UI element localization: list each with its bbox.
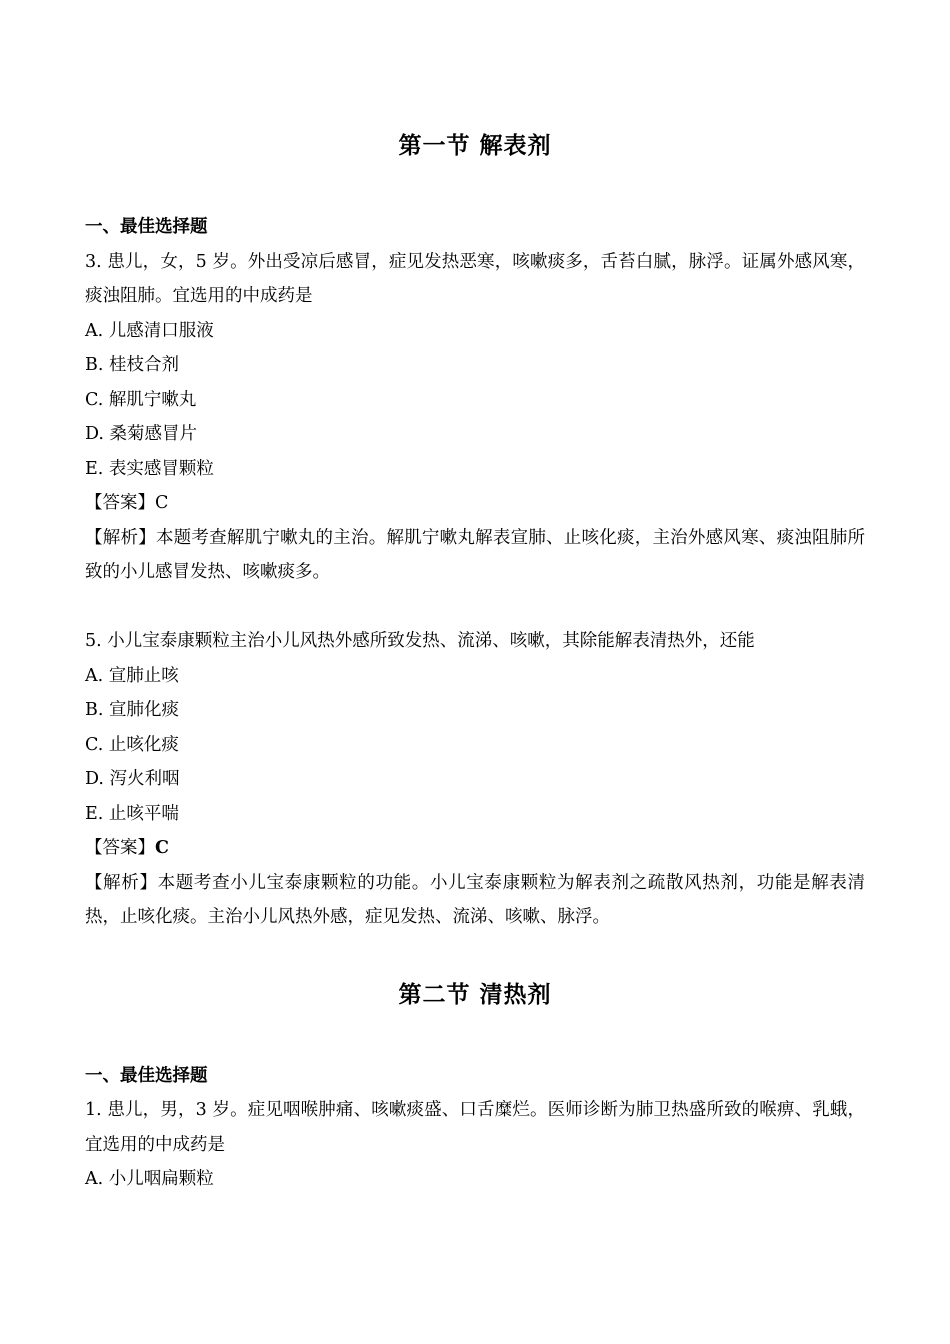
question-5-option-c: C. 止咳化痰 [85,728,865,763]
question-3-option-b: B. 桂枝合剂 [85,348,865,383]
analysis-text: 本题考查解肌宁嗽丸的主治。解肌宁嗽丸解表宣肺、止咳化痰，主治外感风寒、痰浊阻肺所… [85,528,865,583]
question-3-answer-line: 【答案】C [85,486,865,521]
question-5-analysis: 【解析】本题考查小儿宝泰康颗粒的功能。小儿宝泰康颗粒为解表剂之疏散风热剂，功能是… [85,866,865,935]
question-5-stem: 5. 小儿宝泰康颗粒主治小儿风热外感所致发热、流涕、咳嗽，其除能解表清热外，还能 [85,624,865,659]
question-5-answer-line: 【答案】C [85,831,865,866]
question-5-option-e: E. 止咳平喘 [85,797,865,832]
question-1-stem: 1. 患儿，男，3 岁。症见咽喉肿痛、咳嗽痰盛、口舌糜烂。医师诊断为肺卫热盛所致… [85,1093,865,1162]
section-1-title: 第一节 解表剂 [85,130,865,162]
answer-label: 【答案】 [85,493,155,513]
question-3-option-e: E. 表实感冒颗粒 [85,452,865,487]
question-3-option-d: D. 桑菊感冒片 [85,417,865,452]
section-1-subsection-heading: 一、最佳选择题 [85,210,865,245]
analysis-label: 【解析】 [85,873,158,893]
question-3-stem: 3. 患儿，女，5 岁。外出受凉后感冒，症见发热恶寒，咳嗽痰多，舌苔白腻，脉浮。… [85,245,865,314]
document-page: 第一节 解表剂 一、最佳选择题 3. 患儿，女，5 岁。外出受凉后感冒，症见发热… [0,0,950,1344]
section-2-subsection-heading: 一、最佳选择题 [85,1059,865,1094]
answer-value: C [155,493,168,513]
answer-value: C [155,838,169,858]
question-3-option-a: A. 儿感清口服液 [85,314,865,349]
analysis-label: 【解析】 [85,528,156,548]
analysis-text: 本题考查小儿宝泰康颗粒的功能。小儿宝泰康颗粒为解表剂之疏散风热剂，功能是解表清热… [85,873,865,928]
question-5-option-a: A. 宣肺止咳 [85,659,865,694]
section-2-title: 第二节 清热剂 [85,979,865,1011]
question-5-option-b: B. 宣肺化痰 [85,693,865,728]
question-3-analysis: 【解析】本题考查解肌宁嗽丸的主治。解肌宁嗽丸解表宣肺、止咳化痰，主治外感风寒、痰… [85,521,865,590]
question-5-option-d: D. 泻火利咽 [85,762,865,797]
blank-line [85,590,865,625]
answer-label: 【答案】 [85,838,155,858]
question-3-option-c: C. 解肌宁嗽丸 [85,383,865,418]
question-1-option-a: A. 小儿咽扁颗粒 [85,1162,865,1197]
